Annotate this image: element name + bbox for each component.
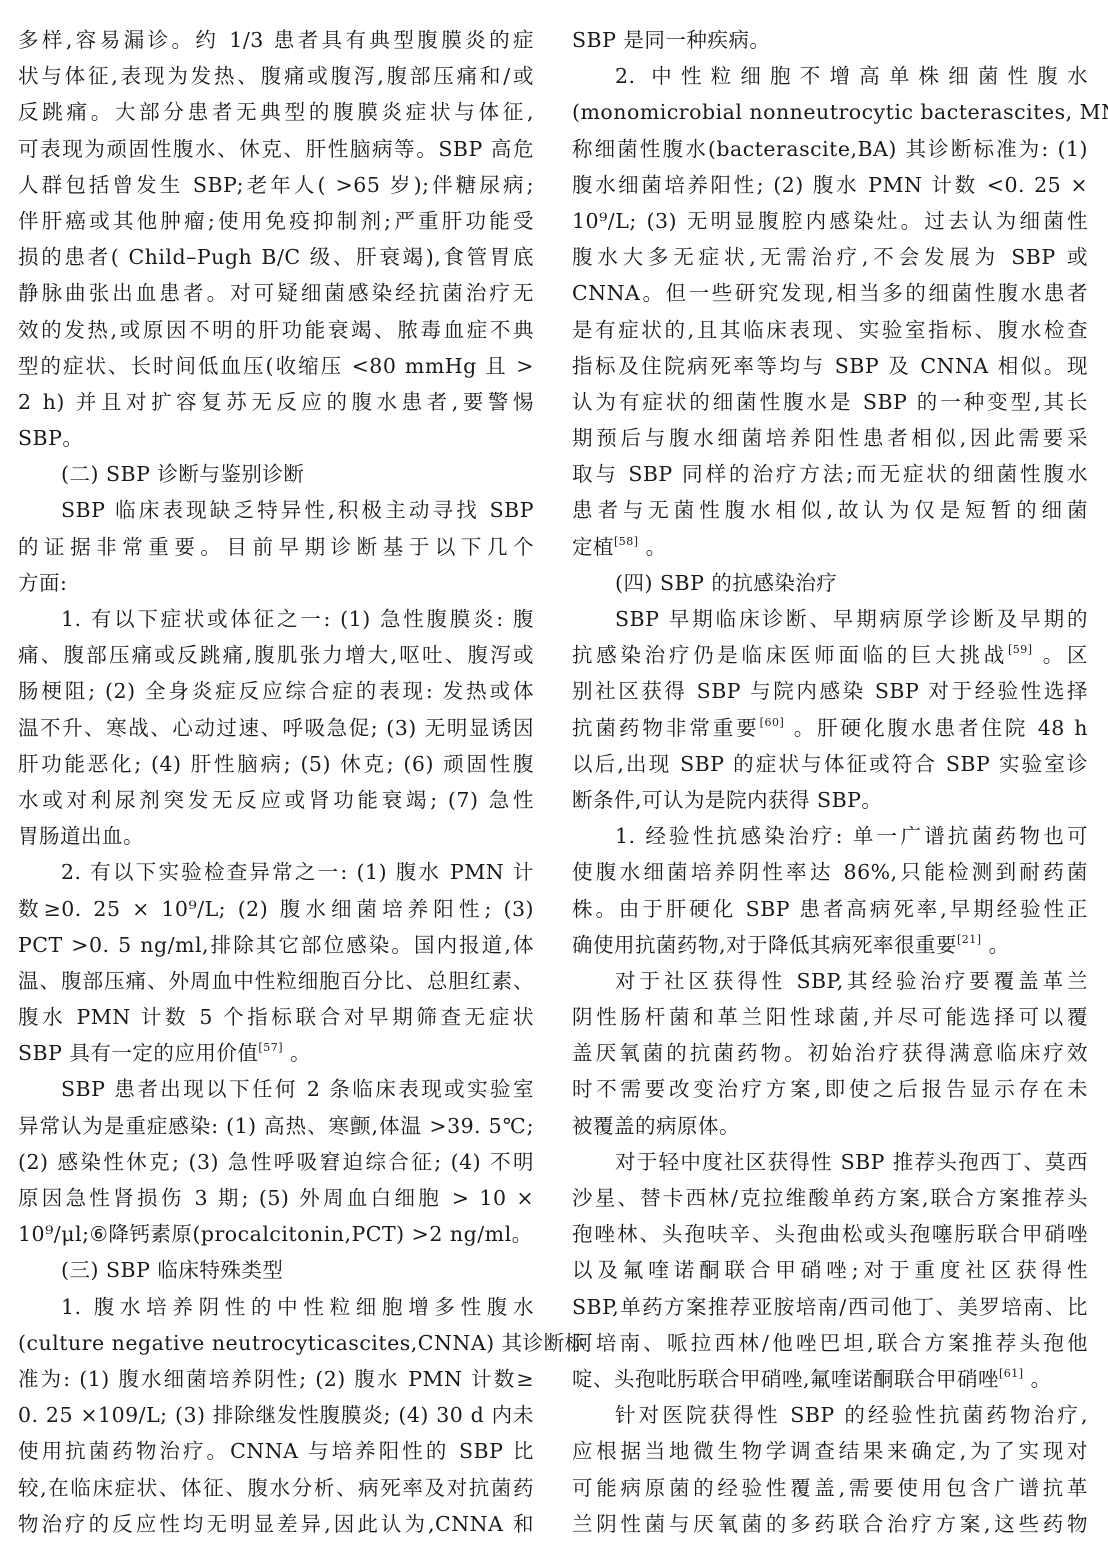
line-text: 使用抗菌药物治疗。CNNA 与培养阳性的 SBP 比 — [18, 1439, 534, 1463]
line-text: 2. 中性粒细胞不增高单株细菌性腹水 — [615, 64, 1088, 88]
line-text: 10⁹/μl;⑥降钙素原(procalcitonin,PCT) >2 ng/ml… — [18, 1222, 533, 1246]
text-line: 肠梗阻; (2) 全身炎症反应综合症的表现: 发热或体 — [18, 673, 534, 709]
section-heading: (二) SBP 诊断与鉴别诊断 — [18, 456, 534, 492]
line-text: 人群包括曾发生 SBP;老年人( >65 岁);伴糖尿病; — [18, 173, 534, 197]
text-line: 时不需要改变治疗方案,即使之后报告显示存在未 — [572, 1071, 1088, 1107]
line-text: 1. 腹水培养阴性的中性粒细胞增多性腹水 — [61, 1295, 534, 1319]
text-line: 株。由于肝硬化 SBP 患者高病死率,早期经验性正 — [572, 891, 1088, 927]
line-text: 称细菌性腹水(bacterascite,BA) 其诊断标准为: (1) — [572, 137, 1088, 161]
text-line: 啶、头孢吡肟联合甲硝唑,氟喹诺酮联合甲硝唑[61] 。 — [572, 1361, 1088, 1397]
text-line: 对于社区获得性 SBP,其经验治疗要覆盖革兰 — [572, 963, 1088, 999]
line-text: 期预后与腹水细菌培养阳性患者相似,因此需要采 — [572, 426, 1088, 450]
line-text: 方面: — [18, 571, 67, 595]
text-line: 异常认为是重症感染: (1) 高热、寒颤,体温 >39. 5℃; — [18, 1108, 534, 1144]
text-line: 水或对利尿剂突发无反应或肾功能衰竭; (7) 急性 — [18, 782, 534, 818]
citation-ref[interactable]: [21] — [957, 933, 982, 946]
text-line: PCT >0. 5 ng/ml,排除其它部位感染。国内报道,体 — [18, 927, 534, 963]
text-line: (monomicrobial nonneutrocytic bacterasci… — [572, 94, 1088, 130]
line-text: 对于轻中度社区获得性 SBP 推荐头孢西丁、莫西 — [615, 1150, 1088, 1174]
line-text: 啶、头孢吡肟联合甲硝唑,氟喹诺酮联合甲硝唑 — [572, 1367, 999, 1391]
text-line: SBP 是同一种疾病。 — [572, 22, 1088, 58]
line-text: 株。由于肝硬化 SBP 患者高病死率,早期经验性正 — [572, 897, 1088, 921]
line-text: 阴性肠杆菌和革兰阳性球菌,并尽可能选择可以覆 — [572, 1005, 1088, 1029]
text-line: 患者与无菌性腹水相似,故认为仅是短暂的细菌 — [572, 492, 1088, 528]
line-text: 时不需要改变治疗方案,即使之后报告显示存在未 — [572, 1077, 1088, 1101]
line-text: 取与 SBP 同样的治疗方法;而无症状的细菌性腹水 — [572, 462, 1088, 486]
line-text: (2) 感染性休克; (3) 急性呼吸窘迫综合征; (4) 不明 — [18, 1150, 534, 1174]
line-text: 阿培南、哌拉西林/他唑巴坦,联合方案推荐头孢他 — [572, 1331, 1088, 1355]
text-line: 胃肠道出血。 — [18, 818, 534, 854]
line-text: 原因急性肾损伤 3 期; (5) 外周血白细胞 > 10 × — [18, 1186, 534, 1210]
line-text: (四) SBP 的抗感染治疗 — [615, 571, 837, 595]
line-text: 兰阴性菌与厌氧菌的多药联合治疗方案,这些药物 — [572, 1512, 1088, 1536]
line-text: 以后,出现 SBP 的症状与体征或符合 SBP 实验室诊 — [572, 752, 1088, 776]
line-text: 被覆盖的病原体。 — [572, 1114, 740, 1138]
line-text: 状与体征,表现为发热、腹痛或腹泻,腹部压痛和/或 — [18, 64, 534, 88]
line-text: 温不升、寒战、心动过速、呼吸急促; (3) 无明显诱因 — [18, 716, 534, 740]
text-line: SBP 具有一定的应用价值[57] 。 — [18, 1035, 534, 1071]
line-text: 胃肠道出血。 — [18, 824, 144, 848]
text-line: 型的症状、长时间低血压(收缩压 <80 mmHg 且 > — [18, 348, 534, 384]
line-text: 温、腹部压痛、外周血中性粒细胞百分比、总胆红素、 — [18, 969, 534, 993]
line-text: 针对医院获得性 SBP 的经验性抗菌药物治疗, — [615, 1403, 1088, 1427]
left-column: 多样,容易漏诊。约 1/3 患者具有典型腹膜炎的症状与体征,表现为发热、腹痛或腹… — [18, 22, 534, 1542]
text-line: 沙星、替卡西林/克拉维酸单药方案,联合方案推荐头 — [572, 1180, 1088, 1216]
line-text: 是有症状的,且其临床表现、实验室指标、腹水检查 — [572, 318, 1088, 342]
line-text: 水或对利尿剂突发无反应或肾功能衰竭; (7) 急性 — [18, 788, 534, 812]
line-text: 10⁹/L; (3) 无明显腹腔内感染灶。过去认为细菌性 — [572, 209, 1088, 233]
line-text: (二) SBP 诊断与鉴别诊断 — [61, 462, 304, 486]
line-text: SBP,单药方案推荐亚胺培南/西司他丁、美罗培南、比 — [572, 1295, 1088, 1319]
text-line: 期预后与腹水细菌培养阳性患者相似,因此需要采 — [572, 420, 1088, 456]
line-text: 应根据当地微生物学调查结果来确定,为了实现对 — [572, 1439, 1088, 1463]
text-line: 以及氟喹诺酮联合甲硝唑;对于重度社区获得性 — [572, 1252, 1088, 1288]
text-line: 伴肝癌或其他肿瘤;使用免疫抑制剂;严重肝功能受 — [18, 203, 534, 239]
line-text: 反跳痛。大部分患者无典型的腹膜炎症状与体征, — [18, 100, 534, 124]
text-line: 阿培南、哌拉西林/他唑巴坦,联合方案推荐头孢他 — [572, 1325, 1088, 1361]
text-line: 是有症状的,且其临床表现、实验室指标、腹水检查 — [572, 312, 1088, 348]
text-line: 效的发热,或原因不明的肝功能衰竭、脓毒血症不典 — [18, 312, 534, 348]
text-line: 反跳痛。大部分患者无典型的腹膜炎症状与体征, — [18, 94, 534, 130]
text-line: 阴性肠杆菌和革兰阳性球菌,并尽可能选择可以覆 — [572, 999, 1088, 1035]
line-text: 型的症状、长时间低血压(收缩压 <80 mmHg 且 > — [18, 354, 534, 378]
line-text: 腹水细菌培养阳性; (2) 腹水 PMN 计数 <0. 25 × — [572, 173, 1088, 197]
line-text: 可表现为顽固性腹水、休克、肝性脑病等。SBP 高危 — [18, 137, 534, 161]
line-text: 的证据非常重要。目前早期诊断基于以下几个 — [18, 535, 534, 559]
text-line: SBP。 — [18, 420, 534, 456]
citation-ref[interactable]: [59] — [1008, 643, 1033, 656]
line-tail: 。 — [982, 933, 1010, 957]
line-text: 静脉曲张出血患者。对可疑细菌感染经抗菌治疗无 — [18, 281, 534, 305]
line-text: 2 h) 并且对扩容复苏无反应的腹水患者,要警惕 — [18, 390, 534, 414]
text-line: 针对医院获得性 SBP 的经验性抗菌药物治疗, — [572, 1397, 1088, 1433]
line-text: 孢唑林、头孢呋辛、头孢曲松或头孢噻肟联合甲硝唑 — [572, 1222, 1088, 1246]
text-line: 肝功能恶化; (4) 肝性脑病; (5) 休克; (6) 顽固性腹 — [18, 746, 534, 782]
text-line: (culture negative neutrocyticascites,CNN… — [18, 1325, 534, 1361]
line-text: 沙星、替卡西林/克拉维酸单药方案,联合方案推荐头 — [572, 1186, 1088, 1210]
line-text: SBP 是同一种疾病。 — [572, 28, 770, 52]
line-text: (三) SBP 临床特殊类型 — [61, 1258, 283, 1282]
text-line: 可表现为顽固性腹水、休克、肝性脑病等。SBP 高危 — [18, 131, 534, 167]
line-text: 损的患者( Child–Pugh B/C 级、肝衰竭),食管胃底 — [18, 245, 534, 269]
line-text: 痛、腹部压痛或反跳痛,腹肌张力增大,呕吐、腹泻或 — [18, 643, 534, 667]
text-line: 人群包括曾发生 SBP;老年人( >65 岁);伴糖尿病; — [18, 167, 534, 203]
line-text: 盖厌氧菌的抗菌药物。初始治疗获得满意临床疗效 — [572, 1041, 1088, 1065]
line-text: 患者与无菌性腹水相似,故认为仅是短暂的细菌 — [572, 498, 1088, 522]
text-line: 10⁹/L; (3) 无明显腹腔内感染灶。过去认为细菌性 — [572, 203, 1088, 239]
citation-ref[interactable]: [58] — [614, 535, 639, 548]
text-line: 可能病原菌的经验性覆盖,需要使用包含广谱抗革 — [572, 1470, 1088, 1506]
line-tail: 。 — [1024, 1367, 1052, 1391]
text-line: 认为有症状的细菌性腹水是 SBP 的一种变型,其长 — [572, 384, 1088, 420]
line-tail: 。肝硬化腹水患者住院 48 h — [784, 716, 1088, 740]
text-line: 定植[58] 。 — [572, 529, 1088, 565]
text-line: 称细菌性腹水(bacterascite,BA) 其诊断标准为: (1) — [572, 131, 1088, 167]
text-line: 方面: — [18, 565, 534, 601]
text-line: 兰阴性菌与厌氧菌的多药联合治疗方案,这些药物 — [572, 1506, 1088, 1542]
text-line: 应根据当地微生物学调查结果来确定,为了实现对 — [572, 1433, 1088, 1469]
line-text: 2. 有以下实验检查异常之一: (1) 腹水 PMN 计 — [61, 860, 534, 884]
text-line: 损的患者( Child–Pugh B/C 级、肝衰竭),食管胃底 — [18, 239, 534, 275]
text-line: 1. 经验性抗感染治疗: 单一广谱抗菌药物也可 — [572, 818, 1088, 854]
text-line: 抗感染治疗仍是临床医师面临的巨大挑战[59] 。区 — [572, 637, 1088, 673]
text-line: 腹水 PMN 计数 5 个指标联合对早期筛查无症状 — [18, 999, 534, 1035]
text-line: 多样,容易漏诊。约 1/3 患者具有典型腹膜炎的症 — [18, 22, 534, 58]
text-line: 痛、腹部压痛或反跳痛,腹肌张力增大,呕吐、腹泻或 — [18, 637, 534, 673]
text-line: 状与体征,表现为发热、腹痛或腹泻,腹部压痛和/或 — [18, 58, 534, 94]
line-text: PCT >0. 5 ng/ml,排除其它部位感染。国内报道,体 — [18, 933, 534, 957]
line-text: SBP 具有一定的应用价值 — [18, 1041, 258, 1065]
line-tail: 。区 — [1033, 643, 1088, 667]
line-tail: 。 — [639, 535, 667, 559]
line-tail: 。 — [283, 1041, 311, 1065]
line-text: (culture negative neutrocyticascites,CNN… — [18, 1331, 586, 1355]
line-text: 指标及住院病死率等均与 SBP 及 CNNA 相似。现 — [572, 354, 1088, 378]
text-line: 较,在临床症状、体征、腹水分析、病死率及对抗菌药 — [18, 1470, 534, 1506]
line-text: 断条件,可认为是院内获得 SBP。 — [572, 788, 882, 812]
text-line: SBP 早期临床诊断、早期病原学诊断及早期的 — [572, 601, 1088, 637]
text-line: SBP,单药方案推荐亚胺培南/西司他丁、美罗培南、比 — [572, 1289, 1088, 1325]
text-line: 的证据非常重要。目前早期诊断基于以下几个 — [18, 529, 534, 565]
line-text: (monomicrobial nonneutrocytic bacterasci… — [572, 100, 1108, 124]
line-text: 较,在临床症状、体征、腹水分析、病死率及对抗菌药 — [18, 1476, 534, 1500]
text-line: 以后,出现 SBP 的症状与体征或符合 SBP 实验室诊 — [572, 746, 1088, 782]
text-line: 使用抗菌药物治疗。CNNA 与培养阳性的 SBP 比 — [18, 1433, 534, 1469]
citation-ref[interactable]: [57] — [258, 1041, 283, 1054]
text-line: 腹水大多无症状,无需治疗,不会发展为 SBP 或 — [572, 239, 1088, 275]
text-line: 1. 有以下症状或体征之一: (1) 急性腹膜炎: 腹 — [18, 601, 534, 637]
text-line: SBP 临床表现缺乏特异性,积极主动寻找 SBP — [18, 492, 534, 528]
line-text: SBP 临床表现缺乏特异性,积极主动寻找 SBP — [61, 498, 534, 522]
line-text: 肝功能恶化; (4) 肝性脑病; (5) 休克; (6) 顽固性腹 — [18, 752, 534, 776]
text-line: 温不升、寒战、心动过速、呼吸急促; (3) 无明显诱因 — [18, 710, 534, 746]
text-line: 温、腹部压痛、外周血中性粒细胞百分比、总胆红素、 — [18, 963, 534, 999]
text-line: 被覆盖的病原体。 — [572, 1108, 1088, 1144]
line-text: 定植 — [572, 535, 614, 559]
text-line: 2. 中性粒细胞不增高单株细菌性腹水 — [572, 58, 1088, 94]
line-text: 肠梗阻; (2) 全身炎症反应综合症的表现: 发热或体 — [18, 679, 534, 703]
line-text: 对于社区获得性 SBP,其经验治疗要覆盖革兰 — [615, 969, 1088, 993]
line-text: 多样,容易漏诊。约 1/3 患者具有典型腹膜炎的症 — [18, 28, 534, 52]
text-line: 抗菌药物非常重要[60] 。肝硬化腹水患者住院 48 h — [572, 710, 1088, 746]
citation-ref[interactable]: [60] — [760, 716, 785, 729]
text-line: 准为: (1) 腹水细菌培养阴性; (2) 腹水 PMN 计数≥ — [18, 1361, 534, 1397]
line-text: SBP 患者出现以下任何 2 条临床表现或实验室 — [61, 1077, 534, 1101]
line-text: SBP 早期临床诊断、早期病原学诊断及早期的 — [615, 607, 1088, 631]
text-line: (2) 感染性休克; (3) 急性呼吸窘迫综合征; (4) 不明 — [18, 1144, 534, 1180]
line-text: 1. 有以下症状或体征之一: (1) 急性腹膜炎: 腹 — [61, 607, 534, 631]
text-line: 原因急性肾损伤 3 期; (5) 外周血白细胞 > 10 × — [18, 1180, 534, 1216]
line-text: 1. 经验性抗感染治疗: 单一广谱抗菌药物也可 — [615, 824, 1088, 848]
text-line: 取与 SBP 同样的治疗方法;而无症状的细菌性腹水 — [572, 456, 1088, 492]
line-text: 使腹水细菌培养阴性率达 86%,只能检测到耐药菌 — [572, 860, 1088, 884]
line-text: 异常认为是重症感染: (1) 高热、寒颤,体温 >39. 5℃; — [18, 1114, 534, 1138]
text-line: 2 h) 并且对扩容复苏无反应的腹水患者,要警惕 — [18, 384, 534, 420]
text-line: 静脉曲张出血患者。对可疑细菌感染经抗菌治疗无 — [18, 275, 534, 311]
right-column: SBP 是同一种疾病。2. 中性粒细胞不增高单株细菌性腹水(monomicrob… — [572, 22, 1088, 1542]
text-line: 别社区获得 SBP 与院内感染 SBP 对于经验性选择 — [572, 673, 1088, 709]
text-line: 物治疗的反应性均无明显差异,因此认为,CNNA 和 — [18, 1506, 534, 1542]
text-line: 1. 腹水培养阴性的中性粒细胞增多性腹水 — [18, 1289, 534, 1325]
text-line: 10⁹/μl;⑥降钙素原(procalcitonin,PCT) >2 ng/ml… — [18, 1216, 534, 1252]
line-text: 确使用抗菌药物,对于降低其病死率很重要 — [572, 933, 957, 957]
line-text: 认为有症状的细菌性腹水是 SBP 的一种变型,其长 — [572, 390, 1088, 414]
line-text: 效的发热,或原因不明的肝功能衰竭、脓毒血症不典 — [18, 318, 534, 342]
line-text: 0. 25 ×109/L; (3) 排除继发性腹膜炎; (4) 30 d 内未 — [18, 1403, 534, 1427]
text-line: 断条件,可认为是院内获得 SBP。 — [572, 782, 1088, 818]
text-line: 2. 有以下实验检查异常之一: (1) 腹水 PMN 计 — [18, 854, 534, 890]
line-text: 伴肝癌或其他肿瘤;使用免疫抑制剂;严重肝功能受 — [18, 209, 534, 233]
line-text: CNNA。但一些研究发现,相当多的细菌性腹水患者 — [572, 281, 1088, 305]
line-text: SBP。 — [18, 426, 83, 450]
line-text: 腹水大多无症状,无需治疗,不会发展为 SBP 或 — [572, 245, 1088, 269]
line-text: 准为: (1) 腹水细菌培养阴性; (2) 腹水 PMN 计数≥ — [18, 1367, 534, 1391]
text-line: SBP 患者出现以下任何 2 条临床表现或实验室 — [18, 1071, 534, 1107]
line-text: 以及氟喹诺酮联合甲硝唑;对于重度社区获得性 — [572, 1258, 1088, 1282]
text-line: 使腹水细菌培养阴性率达 86%,只能检测到耐药菌 — [572, 854, 1088, 890]
text-line: 盖厌氧菌的抗菌药物。初始治疗获得满意临床疗效 — [572, 1035, 1088, 1071]
section-heading: (三) SBP 临床特殊类型 — [18, 1252, 534, 1288]
line-text: 物治疗的反应性均无明显差异,因此认为,CNNA 和 — [18, 1512, 534, 1536]
section-heading: (四) SBP 的抗感染治疗 — [572, 565, 1088, 601]
line-text: 可能病原菌的经验性覆盖,需要使用包含广谱抗革 — [572, 1476, 1088, 1500]
line-text: 抗菌药物非常重要 — [572, 716, 760, 740]
text-line: 指标及住院病死率等均与 SBP 及 CNNA 相似。现 — [572, 348, 1088, 384]
text-line: CNNA。但一些研究发现,相当多的细菌性腹水患者 — [572, 275, 1088, 311]
text-line: 孢唑林、头孢呋辛、头孢曲松或头孢噻肟联合甲硝唑 — [572, 1216, 1088, 1252]
line-text: 抗感染治疗仍是临床医师面临的巨大挑战 — [572, 643, 1008, 667]
text-line: 数≥0. 25 × 10⁹/L; (2) 腹水细菌培养阳性; (3) — [18, 891, 534, 927]
line-text: 腹水 PMN 计数 5 个指标联合对早期筛查无症状 — [18, 1005, 534, 1029]
text-line: 对于轻中度社区获得性 SBP 推荐头孢西丁、莫西 — [572, 1144, 1088, 1180]
citation-ref[interactable]: [61] — [999, 1367, 1024, 1380]
text-line: 0. 25 ×109/L; (3) 排除继发性腹膜炎; (4) 30 d 内未 — [18, 1397, 534, 1433]
text-line: 腹水细菌培养阳性; (2) 腹水 PMN 计数 <0. 25 × — [572, 167, 1088, 203]
text-line: 确使用抗菌药物,对于降低其病死率很重要[21] 。 — [572, 927, 1088, 963]
line-text: 数≥0. 25 × 10⁹/L; (2) 腹水细菌培养阳性; (3) — [18, 897, 534, 921]
line-text: 别社区获得 SBP 与院内感染 SBP 对于经验性选择 — [572, 679, 1088, 703]
